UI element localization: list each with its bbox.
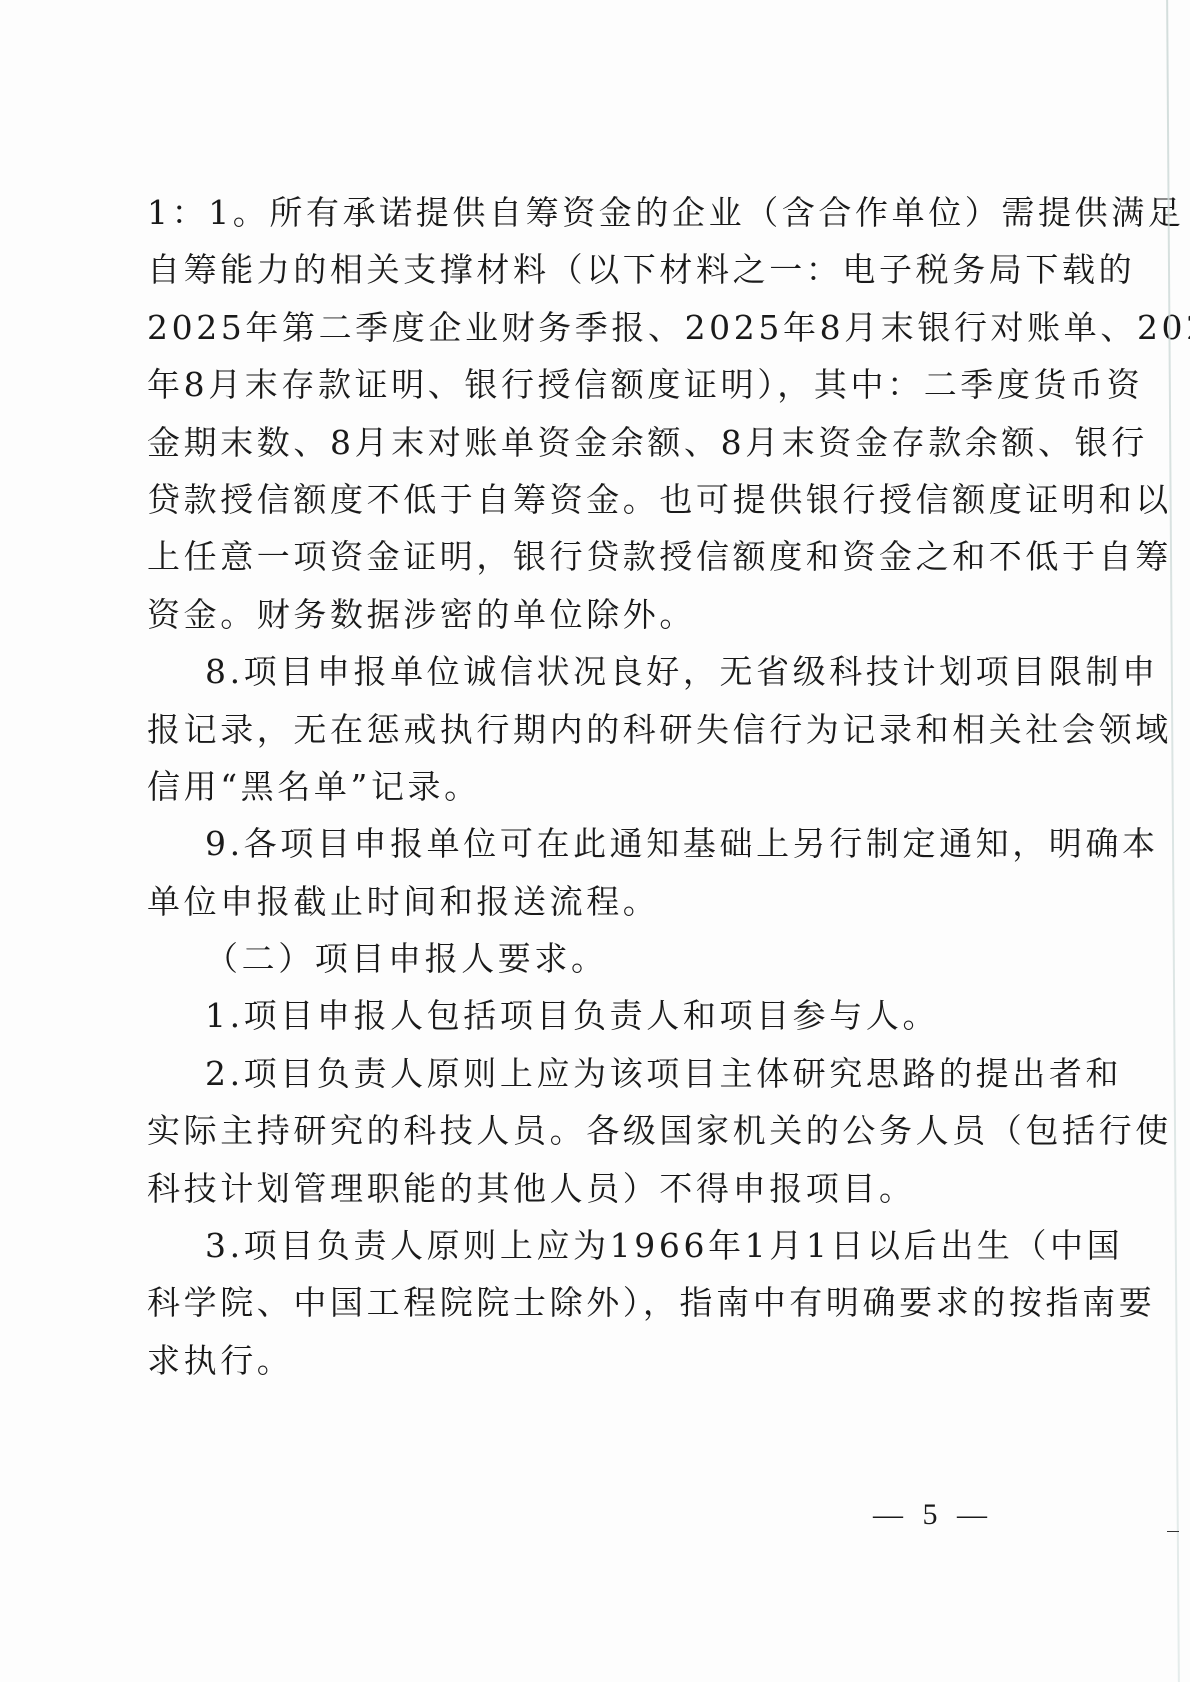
scan-edge-line: [1166, 0, 1180, 1682]
text-line: 单位申报截止时间和报送流程。: [147, 873, 1027, 930]
paragraph-item-1: 1.项目申报人包括项目负责人和项目参与人。: [147, 987, 1027, 1044]
text-line: 资金。财务数据涉密的单位除外。: [147, 586, 1027, 643]
paragraph-item-3: 3.项目负责人原则上应为1966年1月1日以后出生（中国: [147, 1217, 1027, 1274]
text-line: 科技计划管理职能的其他人员）不得申报项目。: [147, 1160, 1027, 1217]
paragraph-item-8: 8.项目申报单位诚信状况良好，无省级科技计划项目限制申: [147, 643, 1027, 700]
text-line: 金期末数、8月末对账单资金余额、8月末资金存款余额、银行: [147, 414, 1027, 471]
text-line: 科学院、中国工程院院士除外），指南中有明确要求的按指南要: [147, 1274, 1027, 1331]
scan-edge-mark: [1167, 1531, 1179, 1532]
text-line: 自筹能力的相关支撑材料（以下材料之一：电子税务局下载的: [147, 241, 1027, 298]
section-heading: （二）项目申报人要求。: [147, 930, 1027, 987]
text-line: 报记录，无在惩戒执行期内的科研失信行为记录和相关社会领域: [147, 701, 1027, 758]
paragraph-item-9: 9.各项目申报单位可在此通知基础上另行制定通知，明确本: [147, 815, 1027, 872]
text-line: 2025年第二季度企业财务季报、2025年8月末银行对账单、2025: [147, 299, 1027, 356]
text-line: 年8月末存款证明、银行授信额度证明），其中：二季度货币资: [147, 356, 1027, 413]
text-line: 实际主持研究的科技人员。各级国家机关的公务人员（包括行使: [147, 1102, 1027, 1159]
text-line: 1：1。所有承诺提供自筹资金的企业（含合作单位）需提供满足: [147, 184, 1027, 241]
page-number: — 5 —: [873, 1498, 993, 1532]
body-text: 1：1。所有承诺提供自筹资金的企业（含合作单位）需提供满足 自筹能力的相关支撑材…: [147, 184, 1027, 1389]
text-line: 贷款授信额度不低于自筹资金。也可提供银行授信额度证明和以: [147, 471, 1027, 528]
document-page: 1：1。所有承诺提供自筹资金的企业（含合作单位）需提供满足 自筹能力的相关支撑材…: [0, 0, 1190, 1682]
text-line: 求执行。: [147, 1332, 1027, 1389]
text-line: 信用“黑名单”记录。: [147, 758, 1027, 815]
text-line: 上任意一项资金证明，银行贷款授信额度和资金之和不低于自筹: [147, 528, 1027, 585]
paragraph-item-2: 2.项目负责人原则上应为该项目主体研究思路的提出者和: [147, 1045, 1027, 1102]
